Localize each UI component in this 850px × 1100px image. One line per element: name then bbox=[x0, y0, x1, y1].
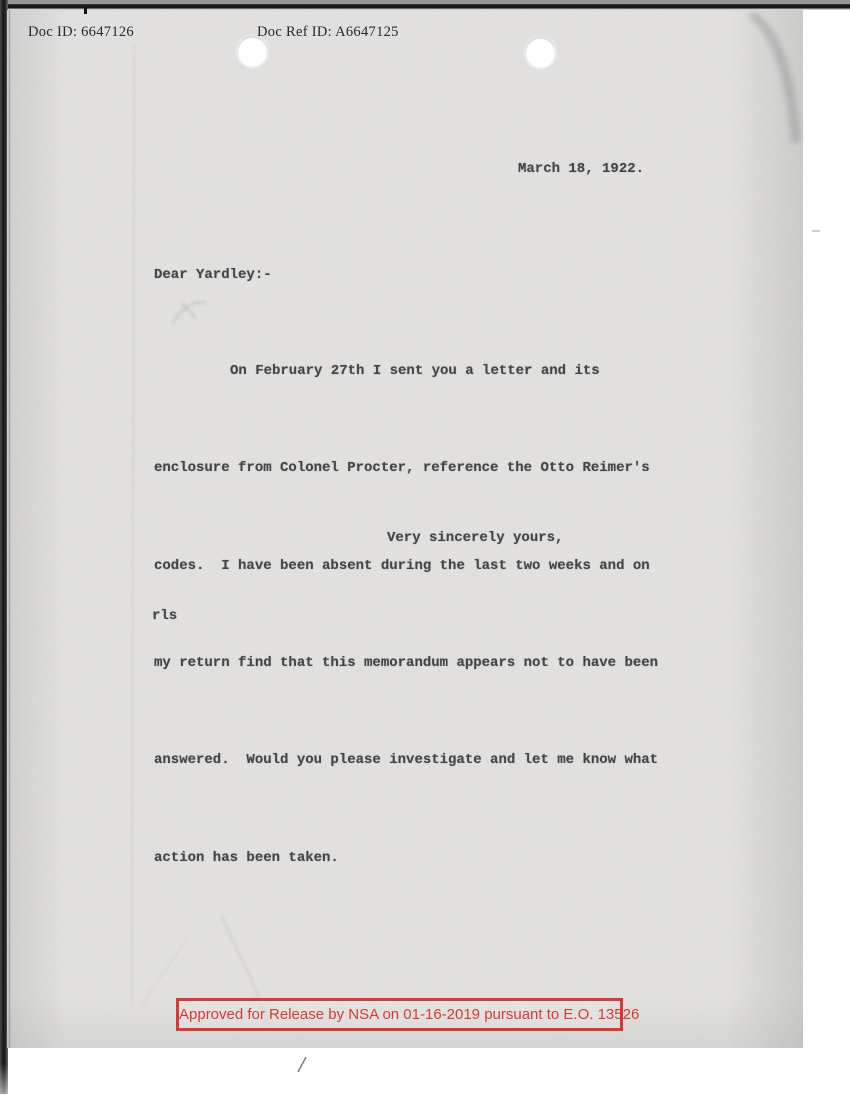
body-line: enclosure from Colonel Procter, referenc… bbox=[154, 452, 658, 484]
paper-right-shading bbox=[728, 10, 803, 1048]
letter-date: March 18, 1922. bbox=[518, 161, 644, 177]
body-line: codes. I have been absent during the las… bbox=[154, 550, 658, 582]
letter-body: On February 27th I sent you a letter and… bbox=[154, 290, 658, 939]
body-line: action has been taken. bbox=[154, 842, 658, 874]
letter-salutation: Dear Yardley:- bbox=[154, 267, 272, 283]
body-line: answered. Would you please investigate a… bbox=[154, 744, 658, 776]
letter-closing: Very sincerely yours, bbox=[387, 530, 563, 546]
scanned-document-page: Doc ID: 6647126 Doc Ref ID: A6647125 Mar… bbox=[0, 0, 850, 1100]
stray-pen-mark bbox=[298, 1057, 306, 1072]
body-line: On February 27th I sent you a letter and… bbox=[154, 355, 658, 387]
doc-ref-id-label: Doc Ref ID: A6647125 bbox=[257, 24, 399, 41]
doc-id-label: Doc ID: 6647126 bbox=[28, 24, 134, 41]
nsa-release-stamp: Approved for Release by NSA on 01-16-201… bbox=[176, 998, 623, 1031]
scanner-top-edge bbox=[0, 0, 850, 10]
nsa-release-stamp-text: Approved for Release by NSA on 01-16-201… bbox=[179, 1006, 639, 1023]
body-line: my return find that this memorandum appe… bbox=[154, 647, 658, 679]
hole-punch bbox=[525, 37, 556, 68]
typist-initials: rls bbox=[152, 608, 177, 624]
paper-left-shading bbox=[7, 10, 67, 1048]
margin-dash-mark bbox=[812, 230, 820, 232]
